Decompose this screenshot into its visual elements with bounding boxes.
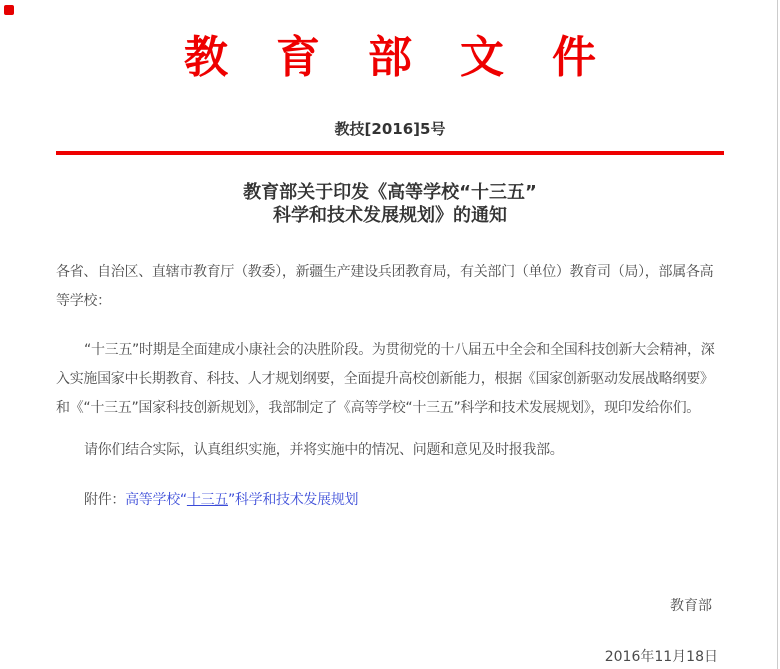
- attachment-label: 附件：: [84, 492, 125, 508]
- notice-title-line2: 科学和技术发展规划》的通知: [56, 204, 724, 227]
- paragraph-instruction: 请你们结合实际，认真组织实施，并将实施中的情况、问题和意见及时报我部。: [56, 436, 724, 465]
- official-document: 教育部文件 教技[2016]5号 教育部关于印发《高等学校“十三五” 科学和技术…: [56, 36, 724, 669]
- notice-title: 教育部关于印发《高等学校“十三五” 科学和技术发展规划》的通知: [56, 181, 724, 227]
- red-divider-rule: [56, 151, 724, 155]
- notice-title-line1: 教育部关于印发《高等学校“十三五”: [56, 181, 724, 204]
- document-page: 教育部文件 教技[2016]5号 教育部关于印发《高等学校“十三五” 科学和技术…: [0, 0, 780, 669]
- attachment-link-text-underlined: 十三五: [187, 492, 228, 508]
- attachment-line: 附件：高等学校“十三五”科学和技术发展规划: [56, 486, 724, 515]
- attachment-link-text-post: ”科学和技术发展规划: [228, 492, 358, 508]
- document-number: 教技[2016]5号: [56, 118, 724, 139]
- issue-date: 2016年11月18日: [56, 643, 724, 669]
- agency-banner-title: 教育部文件: [56, 36, 724, 80]
- issuing-agency-signature: 教育部: [56, 592, 724, 621]
- salutation: 各省、自治区、直辖市教育厅（教委），新疆生产建设兵团教育局，有关部门（单位）教育…: [56, 258, 724, 316]
- attachment-link[interactable]: 高等学校“十三五”科学和技术发展规划: [125, 492, 358, 508]
- page-right-border: [777, 0, 778, 669]
- attachment-link-text-pre: 高等学校“: [125, 492, 187, 508]
- red-corner-mark: [4, 5, 14, 15]
- document-body: 各省、自治区、直辖市教育厅（教委），新疆生产建设兵团教育局，有关部门（单位）教育…: [56, 258, 724, 515]
- paragraph-background: “十三五”时期是全面建成小康社会的决胜阶段。为贯彻党的十八届五中全会和全国科技创…: [56, 336, 724, 423]
